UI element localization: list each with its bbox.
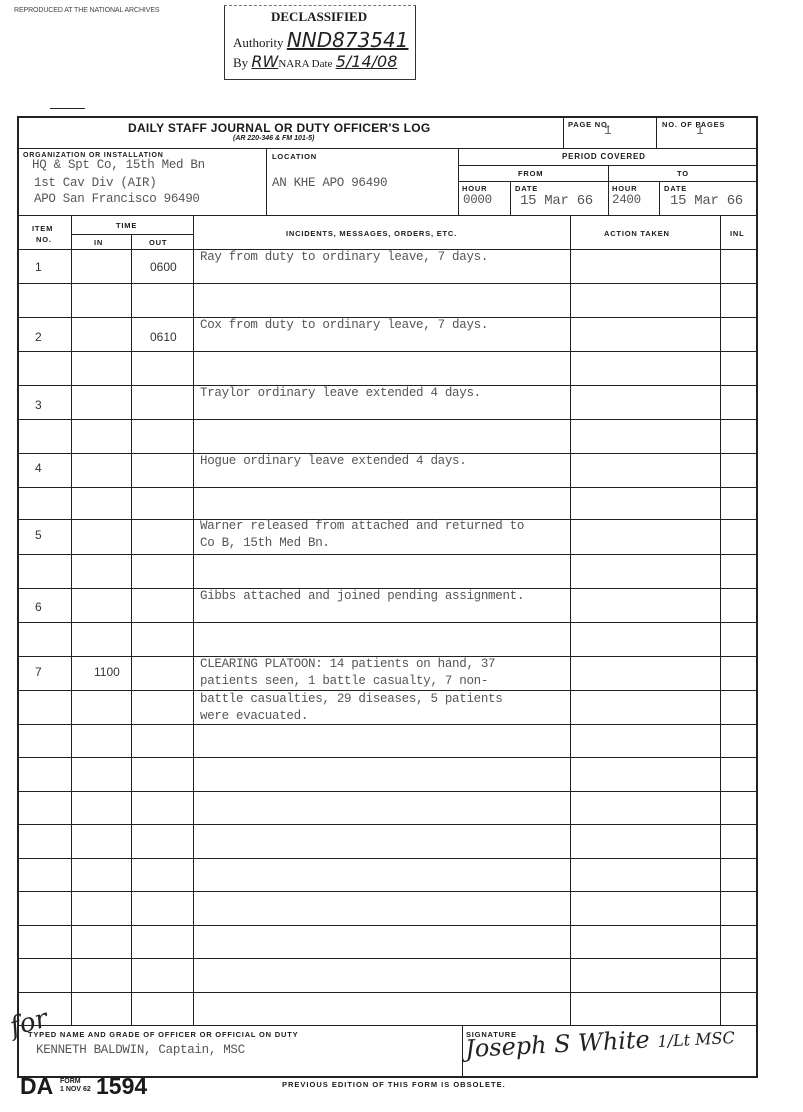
- grid-row-line: [18, 757, 758, 758]
- divider: [656, 117, 657, 149]
- period-covered-label: PERIOD COVERED: [562, 152, 646, 161]
- incident-text: Gibbs attached and joined pending assign…: [200, 589, 524, 603]
- by-label: By: [233, 55, 248, 70]
- declassified-stamp: DECLASSIFIED Authority NND873541 By RWNA…: [224, 5, 416, 80]
- previous-edition-note: PREVIOUS EDITION OF THIS FORM IS OBSOLET…: [282, 1080, 506, 1089]
- organization-line-2: 1st Cav Div (AIR): [34, 176, 156, 190]
- divider: [458, 149, 459, 215]
- to-label: TO: [677, 169, 689, 178]
- time-out: 0600: [150, 260, 177, 274]
- by-initials: RW: [251, 52, 278, 71]
- location-value: AN KHE APO 96490: [272, 176, 387, 190]
- incident-text: battle casualties, 29 diseases, 5 patien…: [200, 692, 502, 706]
- incident-text: patients seen, 1 battle casualty, 7 non-: [200, 674, 488, 688]
- item-no: 5: [35, 528, 42, 542]
- form-date: 1 NOV 62: [60, 1086, 91, 1094]
- to-date-label: DATE: [664, 184, 687, 193]
- divider: [608, 166, 609, 215]
- grid-row-line: [18, 487, 758, 488]
- reproduced-note: REPRODUCED AT THE NATIONAL ARCHIVES: [14, 7, 159, 14]
- nara-date-label: NARA Date: [278, 58, 332, 70]
- mark-line: [50, 108, 85, 109]
- form-subtitle: (AR 220-346 & FM 101-5): [233, 135, 314, 142]
- grid-row-line: [18, 690, 758, 691]
- incident-text: Traylor ordinary leave extended 4 days.: [200, 386, 481, 400]
- to-hour-value: 2400: [612, 193, 641, 207]
- incident-text: CLEARING PLATOON: 14 patients on hand, 3…: [200, 657, 495, 671]
- divider: [18, 148, 758, 149]
- organization-line-3: APO San Francisco 96490: [34, 192, 200, 206]
- grid-row-line: [18, 858, 758, 859]
- grid-row-line: [18, 992, 758, 993]
- form-title: DAILY STAFF JOURNAL OR DUTY OFFICER'S LO…: [128, 121, 431, 135]
- divider: [563, 117, 564, 149]
- grid-row-line: [18, 419, 758, 420]
- incident-text: Warner released from attached and return…: [200, 519, 524, 533]
- grid-row-line: [18, 958, 758, 959]
- grid-col-line: [131, 234, 132, 1026]
- grid-row-line: [18, 351, 758, 352]
- grid-row-line: [18, 791, 758, 792]
- divider: [266, 149, 267, 215]
- grid-row-line: [18, 554, 758, 555]
- stamp-date: 5/14/08: [336, 52, 398, 71]
- to-date-value: 15 Mar 66: [670, 193, 743, 209]
- form-label: FORM 1 NOV 62: [60, 1078, 91, 1094]
- to-hour-label: HOUR: [612, 184, 637, 193]
- officer-label: TYPED NAME AND GRADE OF OFFICER OR OFFIC…: [28, 1030, 298, 1039]
- authority-label: Authority: [233, 35, 284, 50]
- grid-col-line: [71, 216, 72, 1026]
- organization-line-1: HQ & Spt Co, 15th Med Bn: [32, 158, 205, 172]
- no-of-pages-label: NO. OF PAGES: [662, 120, 725, 129]
- form-word: FORM: [60, 1078, 91, 1086]
- item-header: ITEM: [32, 224, 53, 233]
- item-no: 7: [35, 665, 42, 679]
- page-no-value: 1: [604, 124, 611, 138]
- from-date-value: 15 Mar 66: [520, 193, 593, 209]
- item-no: 2: [35, 330, 42, 344]
- no-of-pages-value: 1: [696, 124, 703, 138]
- from-hour-label: HOUR: [462, 184, 487, 193]
- grid-col-line: [720, 216, 721, 1026]
- officer-name: KENNETH BALDWIN, Captain, MSC: [36, 1043, 245, 1057]
- incident-text: Co B, 15th Med Bn.: [200, 536, 330, 550]
- incident-text: Hogue ordinary leave extended 4 days.: [200, 454, 466, 468]
- in-header: IN: [94, 238, 103, 247]
- from-date-label: DATE: [515, 184, 538, 193]
- location-label: LOCATION: [272, 152, 317, 161]
- form-da: DA: [20, 1073, 53, 1100]
- item-no: 6: [35, 600, 42, 614]
- incident-text: were evacuated.: [200, 709, 308, 723]
- action-taken-header: ACTION TAKEN: [604, 229, 670, 238]
- divider: [459, 181, 758, 182]
- divider: [18, 215, 758, 216]
- grid-col-line: [570, 216, 571, 1026]
- divider: [462, 1025, 463, 1077]
- incidents-header: INCIDENTS, MESSAGES, ORDERS, ETC.: [286, 229, 457, 238]
- time-header: TIME: [116, 221, 137, 230]
- stamp-title: DECLASSIFIED: [271, 9, 367, 25]
- from-label: FROM: [518, 169, 543, 178]
- from-hour-value: 0000: [463, 193, 492, 207]
- inl-header: INL: [730, 229, 744, 238]
- item-no: 3: [35, 398, 42, 412]
- divider: [659, 182, 660, 215]
- time-in: 1100: [94, 665, 120, 679]
- divider: [510, 182, 511, 215]
- grid-row-line: [18, 622, 758, 623]
- out-header: OUT: [149, 238, 167, 247]
- time-out: 0610: [150, 330, 177, 344]
- grid-row-line: [18, 925, 758, 926]
- incident-text: Ray from duty to ordinary leave, 7 days.: [200, 250, 488, 264]
- incident-text: Cox from duty to ordinary leave, 7 days.: [200, 318, 488, 332]
- grid-row-line: [18, 891, 758, 892]
- grid-row-line: [18, 824, 758, 825]
- authority-value: NND873541: [287, 28, 409, 52]
- item-no: 4: [35, 461, 42, 475]
- grid-col-line: [193, 216, 194, 1026]
- grid-row-line: [18, 283, 758, 284]
- divider: [72, 234, 193, 235]
- grid-row-line: [18, 724, 758, 725]
- signature-grade: 1/Lt MSC: [657, 1028, 735, 1051]
- item-no: 1: [35, 260, 42, 274]
- no-header: NO.: [36, 235, 52, 244]
- form-number: 1594: [96, 1073, 147, 1100]
